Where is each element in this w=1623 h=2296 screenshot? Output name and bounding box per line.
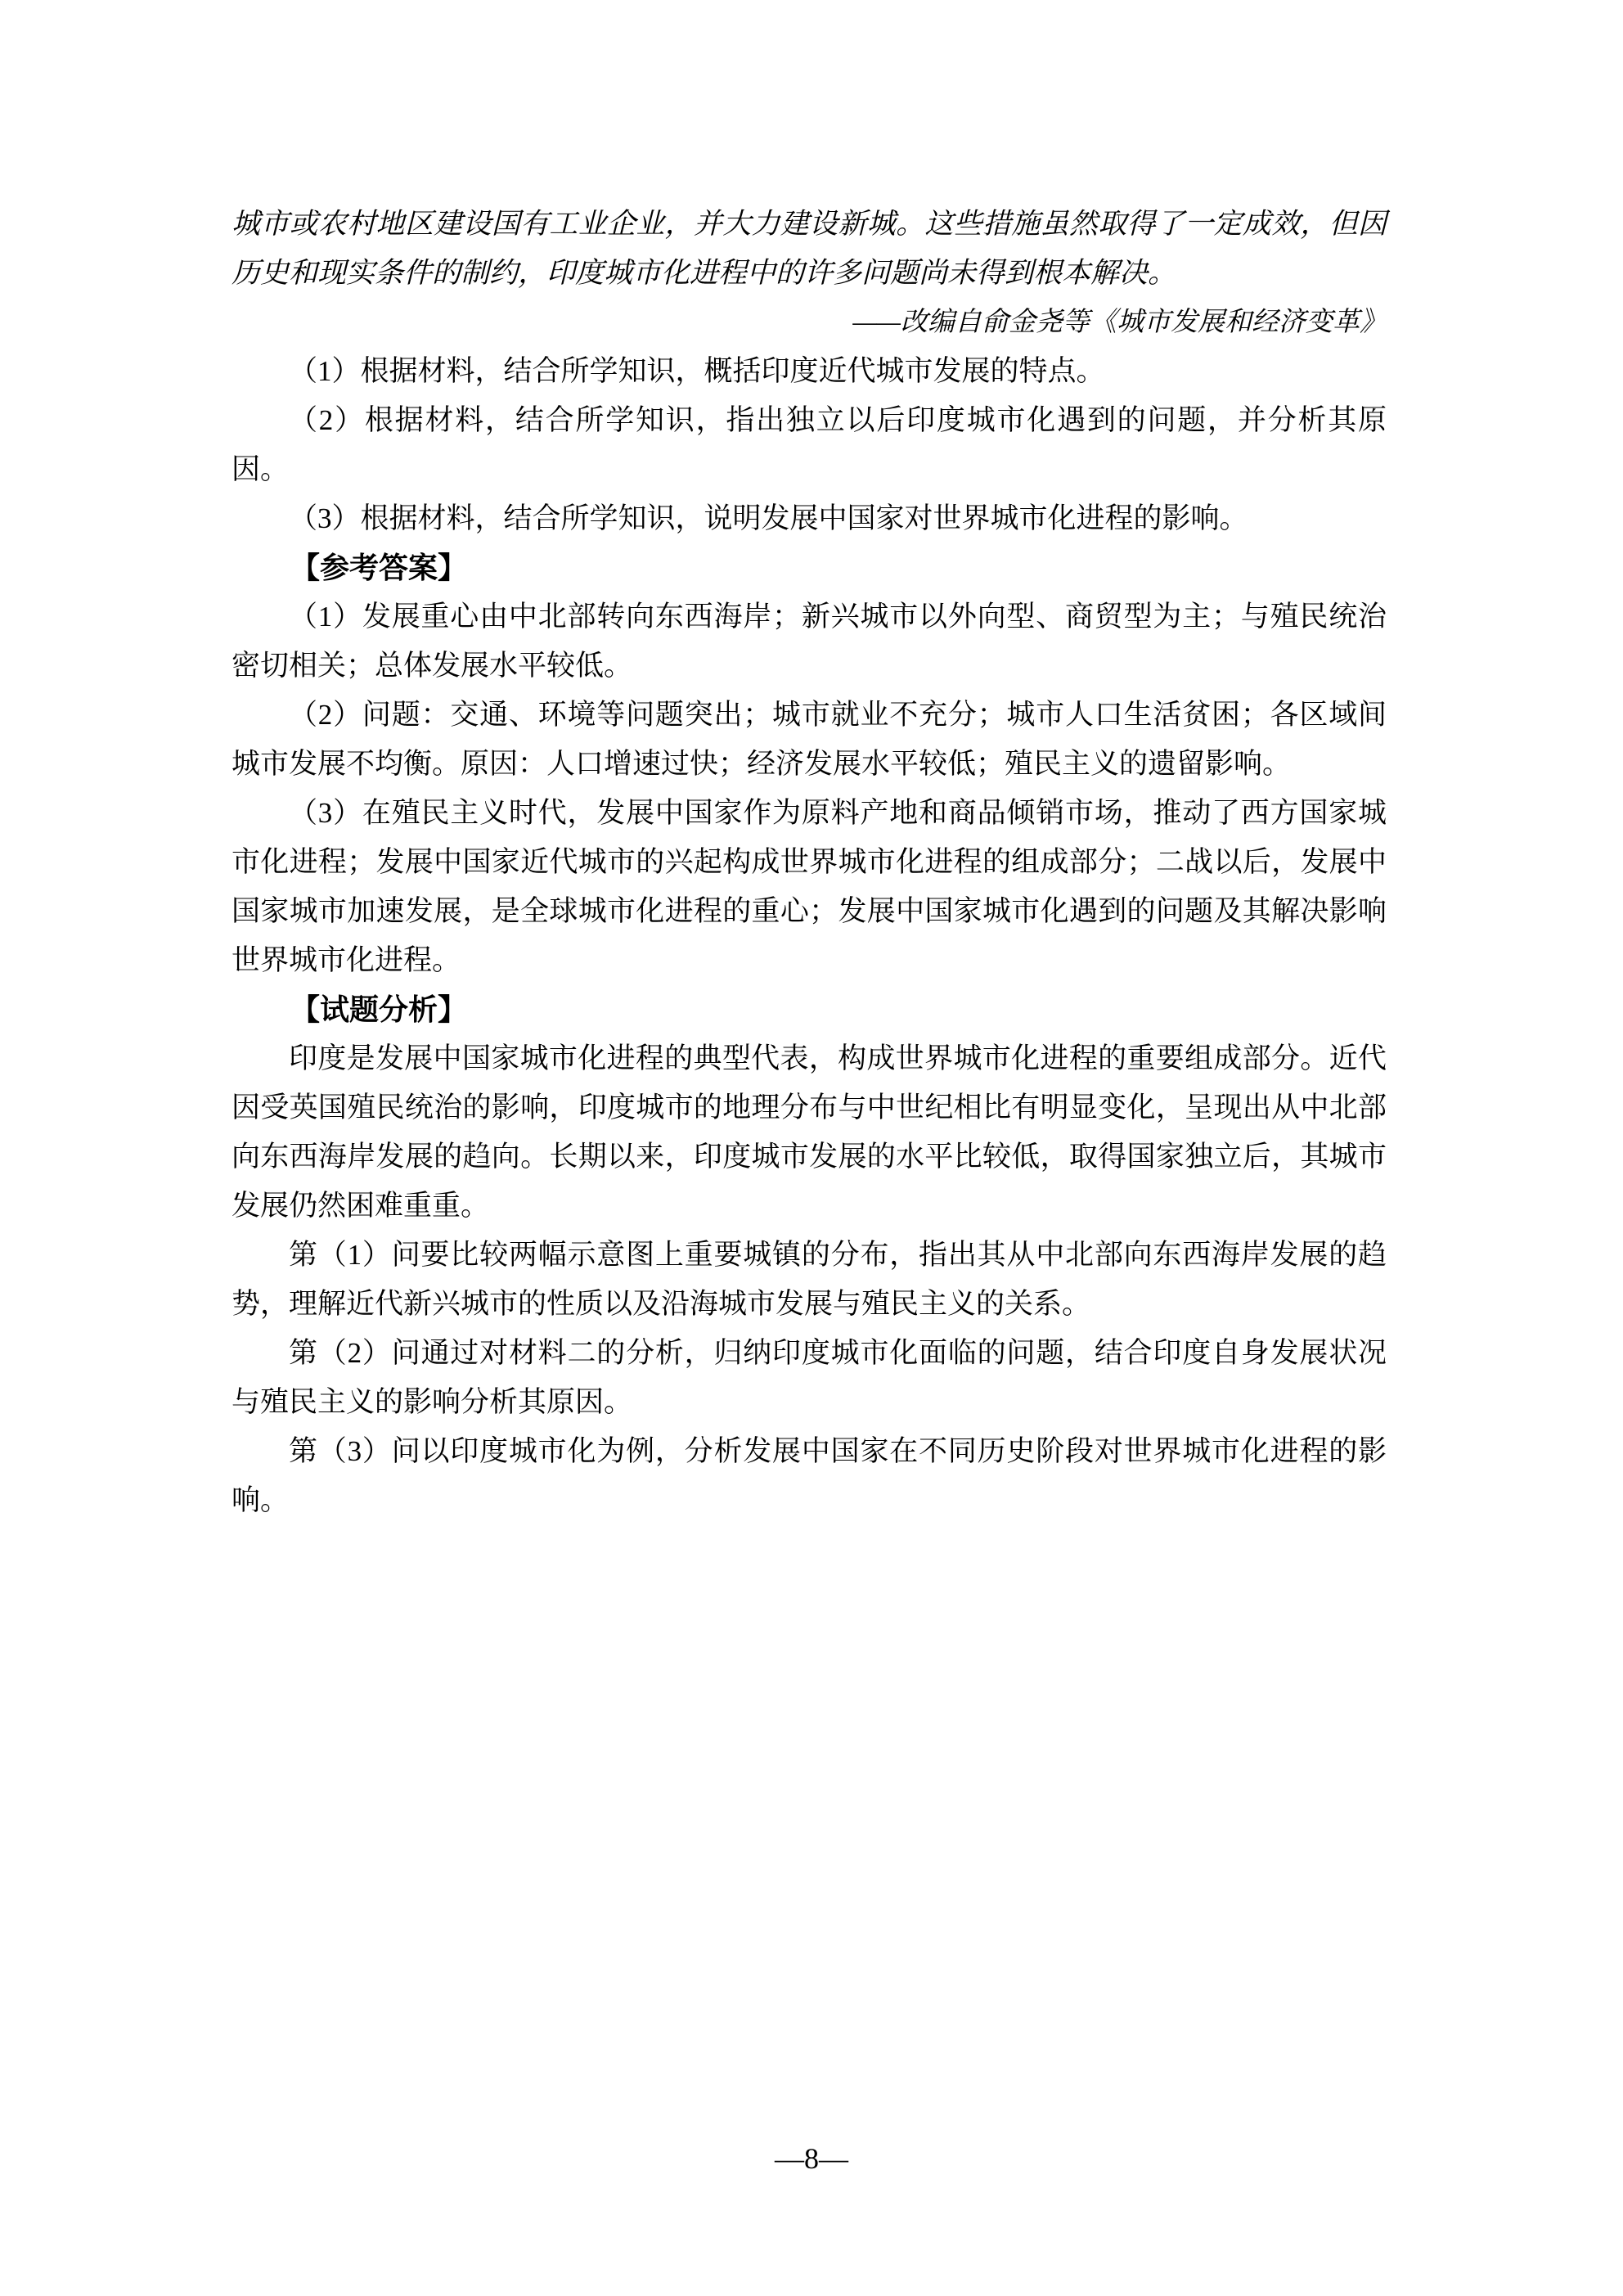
question-3: （3）根据材料，结合所学知识，说明发展中国家对世界城市化进程的影响。 [232,494,1387,543]
material-continuation-paragraph: 城市或农村地区建设国有工业企业，并大力建设新城。这些措施虽然取得了一定成效，但因… [232,200,1387,298]
reference-answer-heading: 【参考答案】 [232,543,1387,592]
question-analysis-heading: 【试题分析】 [232,985,1387,1034]
page-text-block: 城市或农村地区建设国有工业企业，并大力建设新城。这些措施虽然取得了一定成效，但因… [232,200,1387,1525]
answer-paragraph-2: （2）问题：交通、环境等问题突出；城市就业不充分；城市人口生活贫困；各区域间城市… [232,691,1387,789]
answer-paragraph-1: （1）发展重心由中北部转向东西海岸；新兴城市以外向型、商贸型为主；与殖民统治密切… [232,592,1387,691]
question-1: （1）根据材料，结合所学知识，概括印度近代城市发展的特点。 [232,347,1387,396]
analysis-paragraph-4: 第（3）问以印度城市化为例，分析发展中国家在不同历史阶段对世界城市化进程的影响。 [232,1427,1387,1525]
analysis-paragraph-1: 印度是发展中国家城市化进程的典型代表，构成世界城市化进程的重要组成部分。近代因受… [232,1034,1387,1231]
source-attribution: ——改编自俞金尧等《城市发展和经济变革》 [232,298,1387,347]
page-number: —8— [0,2141,1623,2177]
answer-paragraph-3: （3）在殖民主义时代，发展中国家作为原料产地和商品倾销市场，推动了西方国家城市化… [232,789,1387,985]
analysis-paragraph-2: 第（1）问要比较两幅示意图上重要城镇的分布，指出其从中北部向东西海岸发展的趋势，… [232,1231,1387,1329]
analysis-paragraph-3: 第（2）问通过对材料二的分析，归纳印度城市化面临的问题，结合印度自身发展状况与殖… [232,1329,1387,1427]
document-page: { "document": { "material": { "continuat… [0,0,1623,2296]
question-2: （2）根据材料，结合所学知识，指出独立以后印度城市化遇到的问题，并分析其原因。 [232,396,1387,494]
